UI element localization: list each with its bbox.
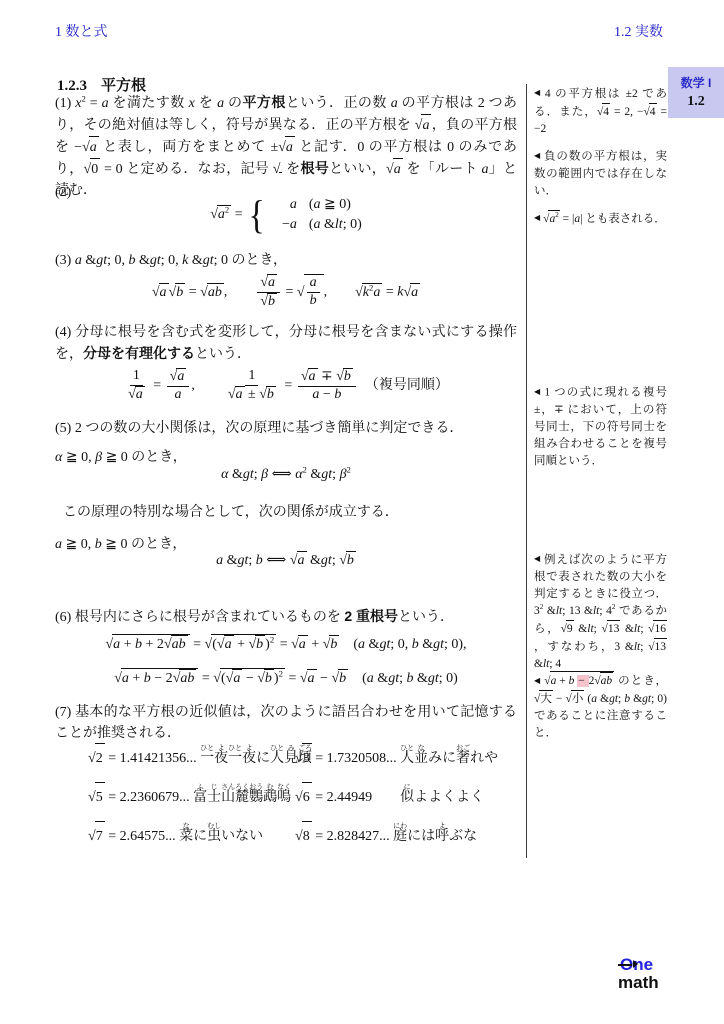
- textbook-page: 1 数と式 1.2 実数 数学 I 1.2 1.2.3平方根 (1) x2 = …: [0, 0, 724, 1024]
- mnemonic-table: √2 = 1.41421356... 一ひと夜よ一ひと夜よに人ひと見み頃ごろ √…: [88, 743, 518, 852]
- header-section-link[interactable]: 1.2 実数: [614, 21, 663, 41]
- mnemonic-sqrt2: √2 = 1.41421356... 一ひと夜よ一ひと夜よに人ひと見み頃ごろ: [88, 743, 295, 774]
- side-tab[interactable]: 数学 I 1.2: [668, 67, 724, 118]
- paragraph-6: (6) 根号内にさらに根号が含まれているものを 2 重根号という．: [55, 606, 517, 628]
- logo-o-swoosh-icon: O: [620, 956, 633, 974]
- note-triangle-icon: ◀: [534, 676, 541, 685]
- note-triangle-icon: ◀: [534, 387, 541, 396]
- margin-divider: [526, 84, 527, 858]
- logo-one: One: [618, 956, 659, 974]
- formula-product-quotient: √a√b = √ab, √a√b = √ab, √k2a = k√a: [55, 274, 517, 311]
- formula-alpha-beta: α &gt; β ⟺ α2 &gt; β2: [55, 466, 517, 484]
- onemath-logo: One math: [618, 956, 659, 992]
- paragraph-4: (4) 分母に根号を含む式を変形して，分母に根号を含まない式にする操作を，分母を…: [55, 322, 517, 365]
- paragraph-3: (3) a &gt; 0, b &gt; 0, k &gt; 0 のとき，: [55, 250, 517, 271]
- formula-double-radical-minus: √a + b − 2√ab = √(√a − √b)2 = √a − √b (a…: [55, 668, 517, 688]
- cases-lhs: √a2 =: [210, 205, 242, 224]
- side-tab-subject: 数学 I: [668, 74, 724, 91]
- cases-brace: {: [248, 197, 264, 233]
- margin-note-2: ◀負の数の平方根は，実数の範囲内では存在しない．: [534, 147, 667, 200]
- cases-row-1: a(a ≧ 0): [271, 196, 362, 214]
- mnemonic-sqrt6: √6 = 2.44949 似によよくよく: [295, 782, 518, 813]
- side-tab-number: 1.2: [668, 94, 724, 110]
- margin-note-4: ◀1 つの式に現れる複号 ±，∓ において，上の符号同士，下の符号同士を組み合わ…: [534, 383, 667, 470]
- margin-note-6: ◀√a + b − 2√ab のとき，√大 − √小 (a &gt; b &gt…: [534, 671, 667, 742]
- header-chapter-link[interactable]: 1 数と式: [55, 21, 108, 41]
- logo-math: math: [618, 974, 659, 992]
- formula-sqrt-a-squared-cases: √a2 = { a(a ≧ 0) −a(a &lt; 0): [55, 196, 517, 233]
- paragraph-5-condition: α ≧ 0, β ≧ 0 のとき，: [55, 447, 517, 468]
- formula-a-b-sqrt: a &gt; b ⟺ √a &gt; √b: [55, 551, 517, 570]
- mnemonic-sqrt3: √3 = 1.7320508... 人ひと並なみに奢おごれや: [295, 743, 518, 774]
- note-triangle-icon: ◀: [534, 213, 540, 222]
- cases-row-2: −a(a &lt; 0): [271, 216, 362, 234]
- margin-note-3: ◀√a2 = |a| とも表される．: [534, 209, 667, 228]
- paragraph-5: (5) 2 つの数の大小関係は，次の原理に基づき簡単に判定できる．: [55, 418, 517, 439]
- mnemonic-sqrt5: √5 = 2.2360679... 富ふ士じ山さん麓ろく鸚おう鵡む鳴なく: [88, 782, 295, 813]
- margin-note-1: ◀4 の平方根は ±2 である．また，√4 = 2, −√4 = −2: [534, 84, 667, 138]
- mnemonic-sqrt8: √8 = 2.828427... 庭にわには呼よぶな: [295, 821, 518, 852]
- margin-note-5: ◀例えば次のように平方根で表された数の大小を判定するときに役立つ．32 &lt;…: [534, 550, 667, 673]
- formula-double-radical-plus: √a + b + 2√ab = √(√a + √b)2 = √a + √b (a…: [55, 634, 517, 654]
- formula-rationalize: 1√a = √aa, 1√a ± √b = √a ∓ √ba − b （複号同順…: [55, 368, 517, 404]
- note-triangle-icon: ◀: [534, 554, 541, 563]
- note-triangle-icon: ◀: [534, 151, 541, 160]
- paragraph-5-special-case: この原理の特別な場合として，次の関係が成立する．: [55, 502, 517, 523]
- mnemonic-sqrt7: √7 = 2.64575... 菜なに虫むしいない: [88, 821, 295, 852]
- note-triangle-icon: ◀: [534, 88, 542, 97]
- paragraph-7: (7) 基本的な平方根の近似値は，次のように語呂合わせを用いて記憶することが推奨…: [55, 702, 517, 744]
